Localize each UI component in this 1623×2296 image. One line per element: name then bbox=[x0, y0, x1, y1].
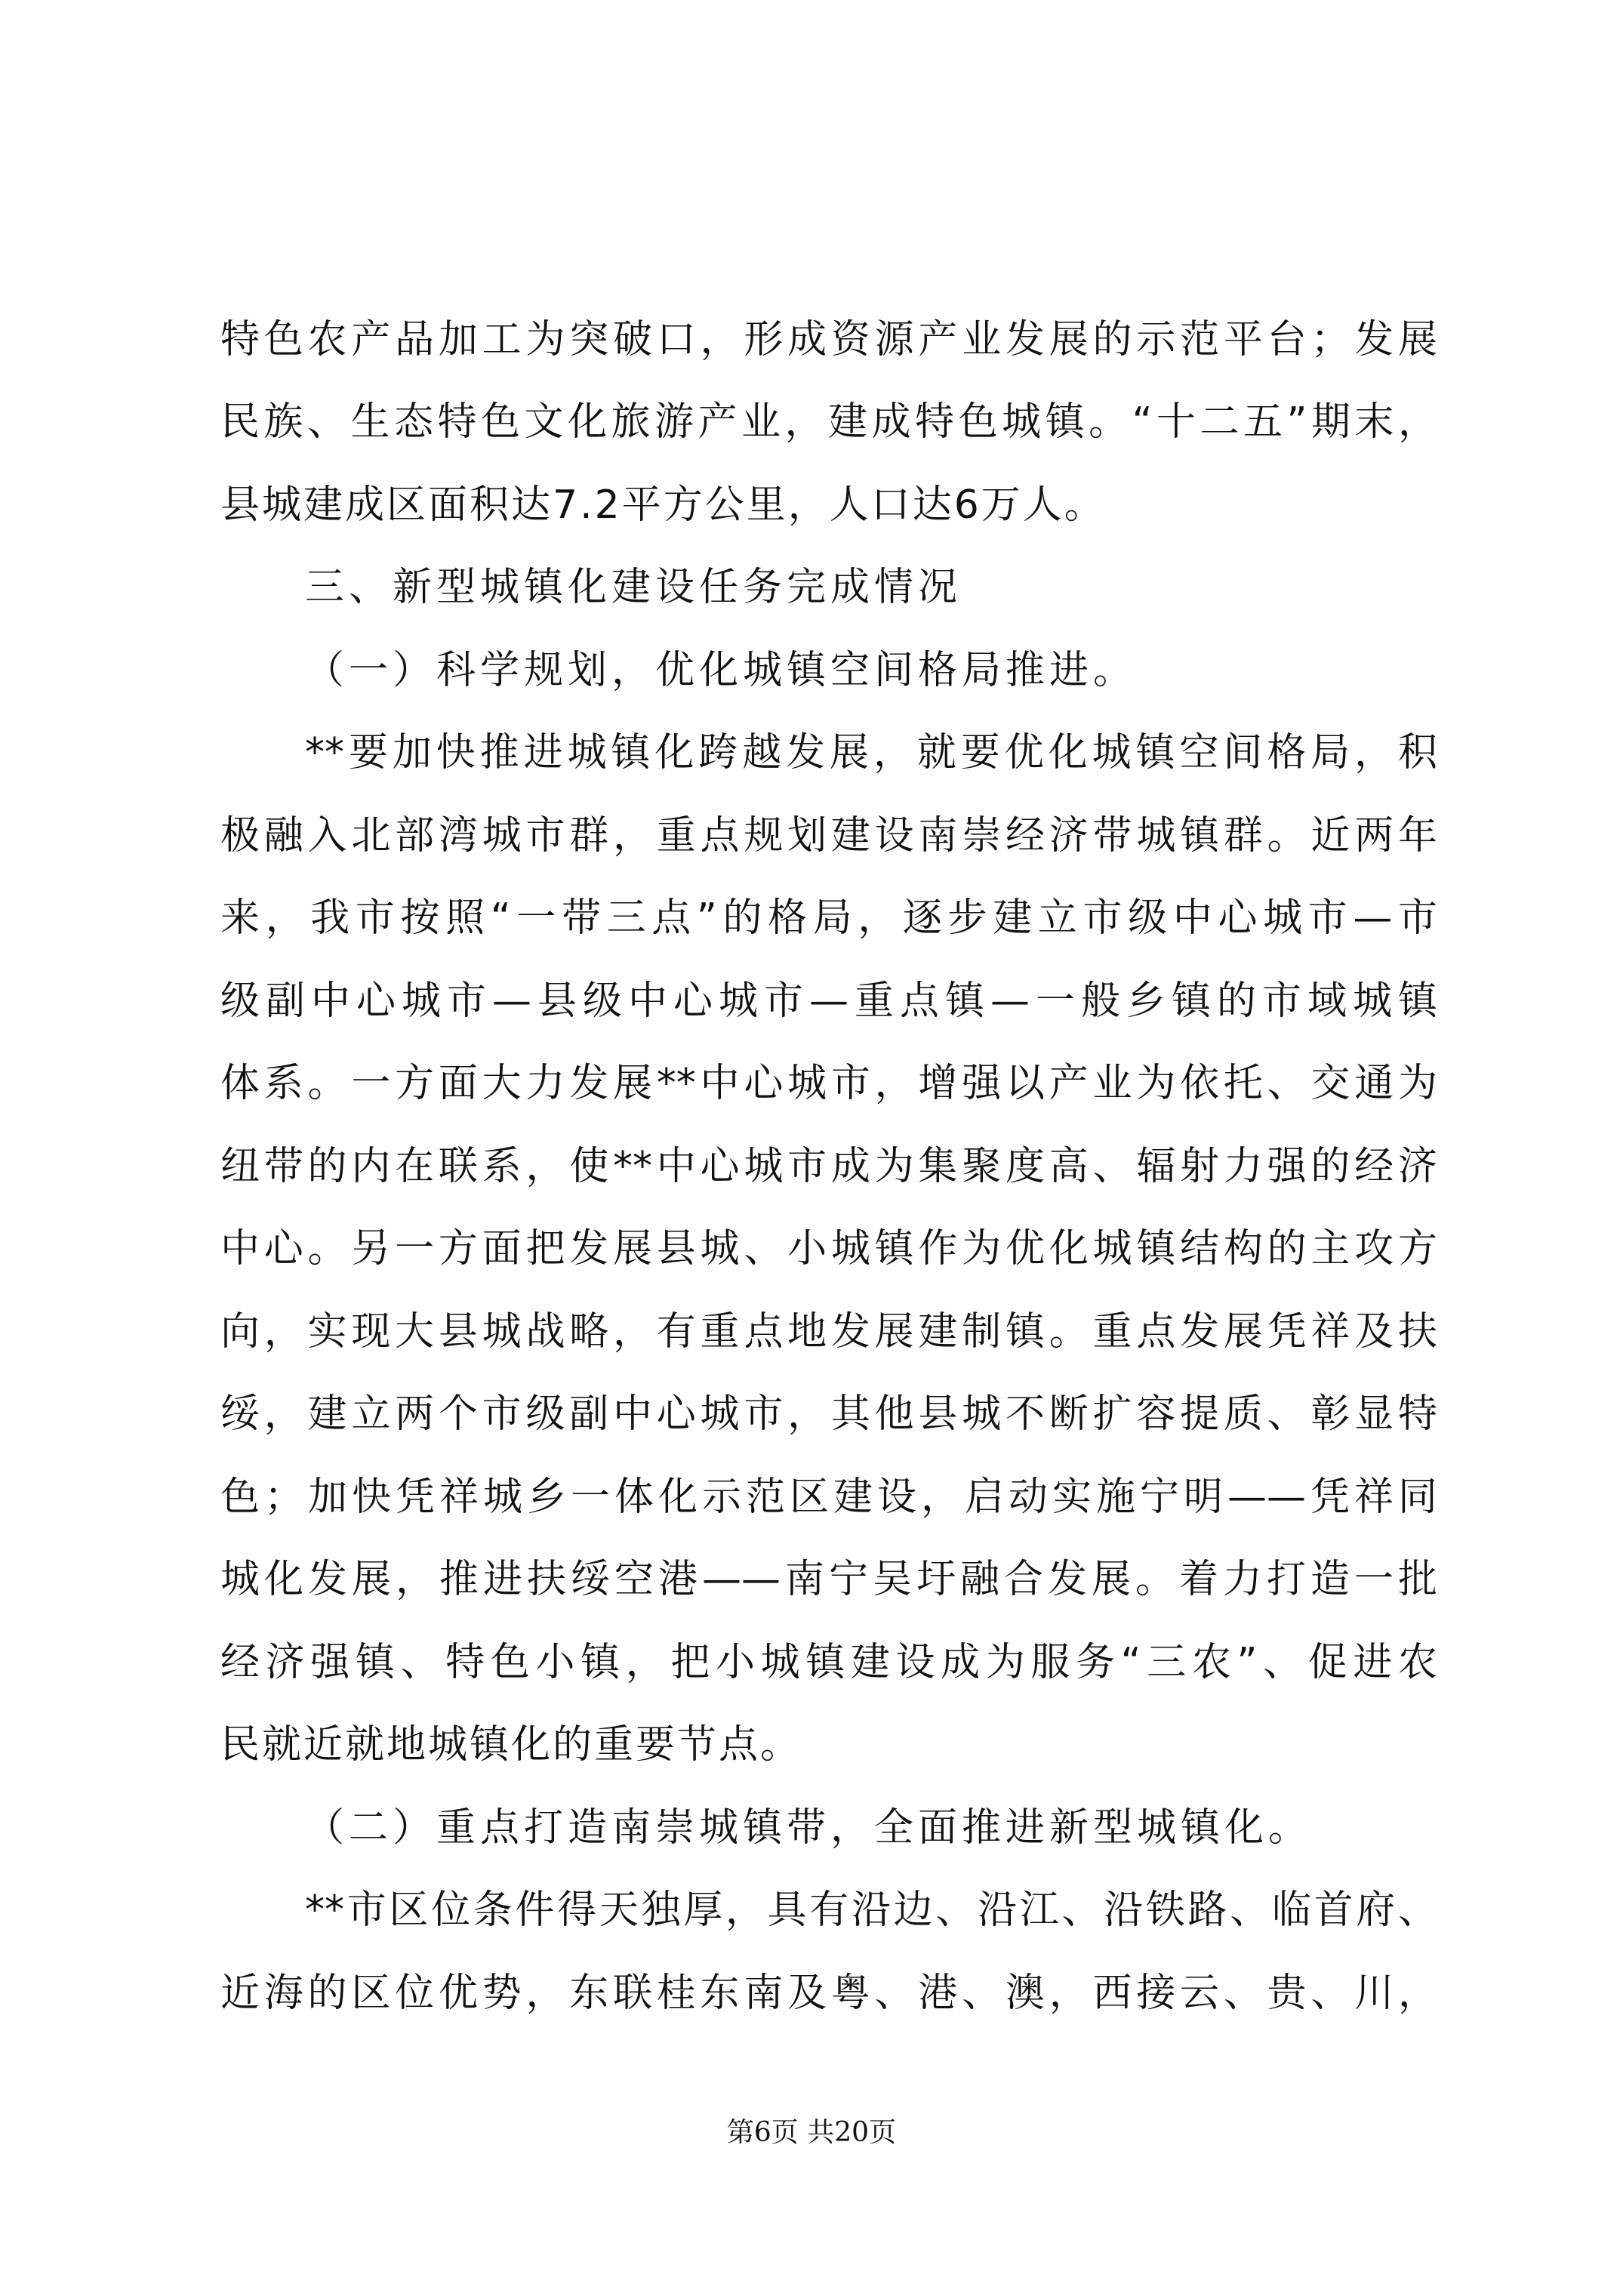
paragraph-line: 民族、生态特色文化旅游产业，建成特色城镇。“十二五”期末， bbox=[220, 396, 1437, 448]
paragraph-line: 体系。一方面大力发展**中心城市，增强以产业为依托、交通为 bbox=[220, 1057, 1437, 1110]
paragraph-line: 色；加快凭祥城乡一体化示范区建设，启动实施宁明——凭祥同 bbox=[220, 1471, 1437, 1524]
paragraph-line: 近海的区位优势，东联桂东南及粤、港、澳，西接云、贵、川， bbox=[220, 1967, 1437, 2020]
section-heading: 三、新型城镇化建设任务完成情况 bbox=[305, 561, 1437, 614]
paragraph-line: 县城建成区面积达7.2平方公里，人口达6万人。 bbox=[220, 479, 1437, 532]
paragraph-line: 中心。另一方面把发展县城、小城镇作为优化城镇结构的主攻方 bbox=[220, 1222, 1437, 1275]
paragraph-line: 级副中心城市—县级中心城市—重点镇—一般乡镇的市域城镇 bbox=[220, 975, 1437, 1028]
paragraph-line: 特色农产品加工为突破口，形成资源产业发展的示范平台；发展 bbox=[220, 313, 1437, 366]
subsection-heading: （二）重点打造南崇城镇带，全面推进新型城镇化。 bbox=[305, 1801, 1437, 1854]
paragraph-line: 极融入北部湾城市群，重点规划建设南崇经济带城镇群。近两年 bbox=[220, 809, 1437, 862]
subsection-heading: （一）科学规划，优化城镇空间格局推进。 bbox=[305, 644, 1437, 697]
paragraph-line: 绥，建立两个市级副中心城市，其他县城不断扩容提质、彰显特 bbox=[220, 1388, 1437, 1441]
paragraph-line: 向，实现大县城战略，有重点地发展建制镇。重点发展凭祥及扶 bbox=[220, 1305, 1437, 1358]
paragraph-line: 经济强镇、特色小镇，把小城镇建设成为服务“三农”、促进农 bbox=[220, 1636, 1437, 1689]
paragraph-line: 民就近就地城镇化的重要节点。 bbox=[220, 1718, 1437, 1771]
paragraph-line: 城化发展，推进扶绥空港——南宁吴圩融合发展。着力打造一批 bbox=[220, 1553, 1437, 1606]
paragraph-line: **市区位条件得天独厚，具有沿边、沿江、沿铁路、临首府、 bbox=[305, 1884, 1437, 1937]
paragraph-line: 纽带的内在联系，使**中心城市成为集聚度高、辐射力强的经济 bbox=[220, 1140, 1437, 1193]
paragraph-line: 来，我市按照“一带三点”的格局，逐步建立市级中心城市—市 bbox=[220, 892, 1437, 945]
document-page: 特色农产品加工为突破口，形成资源产业发展的示范平台；发展 民族、生态特色文化旅游… bbox=[0, 0, 1623, 2296]
paragraph-line: **要加快推进城镇化跨越发展，就要优化城镇空间格局，积 bbox=[305, 726, 1437, 779]
page-number-footer: 第6页 共20页 bbox=[0, 2114, 1623, 2152]
